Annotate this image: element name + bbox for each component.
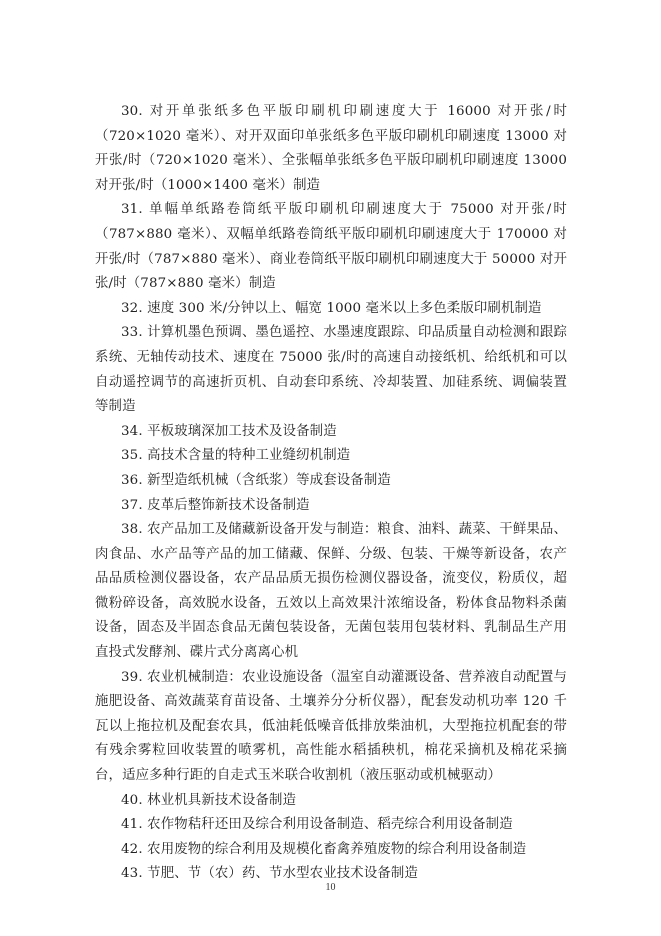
page-number: 10 bbox=[0, 882, 661, 893]
item-text: 高技术含量的特种工业缝纫机制造 bbox=[147, 448, 350, 463]
item-number: 34. bbox=[121, 424, 143, 439]
list-item-33: 33. 计算机墨色预调、墨色遥控、水墨速度跟踪、印品质量自动检测和跟踪系统、无轴… bbox=[95, 321, 567, 419]
item-text: 节肥、节（农）药、节水型农业技术设备制造 bbox=[147, 866, 418, 881]
list-item-39: 39. 农业机械制造：农业设施设备（温室自动灌溉设备、营养液自动配置与施肥设备、… bbox=[95, 666, 567, 789]
list-item-30: 30. 对开单张纸多色平版印刷机印刷速度大于 16000 对开张/时（720×1… bbox=[95, 100, 567, 198]
item-number: 40. bbox=[121, 793, 143, 808]
list-item-40: 40. 林业机具新技术设备制造 bbox=[95, 789, 567, 814]
document-body: 30. 对开单张纸多色平版印刷机印刷速度大于 16000 对开张/时（720×1… bbox=[95, 100, 567, 887]
item-number: 41. bbox=[121, 817, 143, 832]
item-number: 37. bbox=[121, 498, 143, 513]
item-text: 农业机械制造：农业设施设备（温室自动灌溉设备、营养液自动配置与施肥设备、高效蔬菜… bbox=[95, 670, 567, 783]
item-number: 30. bbox=[121, 104, 143, 119]
list-item-41: 41. 农作物秸秆还田及综合利用设备制造、稻壳综合利用设备制造 bbox=[95, 813, 567, 838]
item-number: 42. bbox=[121, 842, 143, 857]
item-text: 平板玻璃深加工技术及设备制造 bbox=[147, 424, 337, 439]
list-item-34: 34. 平板玻璃深加工技术及设备制造 bbox=[95, 420, 567, 445]
item-text: 对开单张纸多色平版印刷机印刷速度大于 16000 对开张/时（720×1020 … bbox=[95, 104, 567, 193]
list-item-35: 35. 高技术含量的特种工业缝纫机制造 bbox=[95, 444, 567, 469]
list-item-37: 37. 皮革后整饰新技术设备制造 bbox=[95, 494, 567, 519]
item-text: 计算机墨色预调、墨色遥控、水墨速度跟踪、印品质量自动检测和跟踪系统、无轴传动技术… bbox=[95, 325, 567, 414]
item-number: 36. bbox=[121, 473, 143, 488]
item-text: 林业机具新技术设备制造 bbox=[147, 793, 296, 808]
item-text: 速度 300 米/分钟以上、幅宽 1000 毫米以上多色柔版印刷机制造 bbox=[147, 301, 541, 316]
list-item-31: 31. 单幅单纸路卷筒纸平版印刷机印刷速度大于 75000 对开张/时（787×… bbox=[95, 198, 567, 296]
list-item-38: 38. 农产品加工及储藏新设备开发与制造：粮食、油料、蔬菜、干鲜果品、肉食品、水… bbox=[95, 518, 567, 666]
item-number: 35. bbox=[121, 448, 143, 463]
item-number: 43. bbox=[121, 866, 143, 881]
item-text: 农用废物的综合利用及规模化畜禽养殖废物的综合利用设备制造 bbox=[147, 842, 526, 857]
item-number: 31. bbox=[121, 202, 143, 217]
item-number: 38. bbox=[121, 522, 143, 537]
item-number: 32. bbox=[121, 301, 143, 316]
item-text: 农作物秸秆还田及综合利用设备制造、稻壳综合利用设备制造 bbox=[147, 817, 513, 832]
item-text: 农产品加工及储藏新设备开发与制造：粮食、油料、蔬菜、干鲜果品、肉食品、水产品等产… bbox=[95, 522, 567, 660]
list-item-32: 32. 速度 300 米/分钟以上、幅宽 1000 毫米以上多色柔版印刷机制造 bbox=[95, 297, 567, 322]
item-text: 新型造纸机械（含纸浆）等成套设备制造 bbox=[147, 473, 391, 488]
list-item-42: 42. 农用废物的综合利用及规模化畜禽养殖废物的综合利用设备制造 bbox=[95, 838, 567, 863]
item-text: 皮革后整饰新技术设备制造 bbox=[147, 498, 310, 513]
item-number: 33. bbox=[121, 325, 143, 340]
item-number: 39. bbox=[121, 670, 143, 685]
list-item-36: 36. 新型造纸机械（含纸浆）等成套设备制造 bbox=[95, 469, 567, 494]
item-text: 单幅单纸路卷筒纸平版印刷机印刷速度大于 75000 对开张/时（787×880 … bbox=[95, 202, 567, 291]
